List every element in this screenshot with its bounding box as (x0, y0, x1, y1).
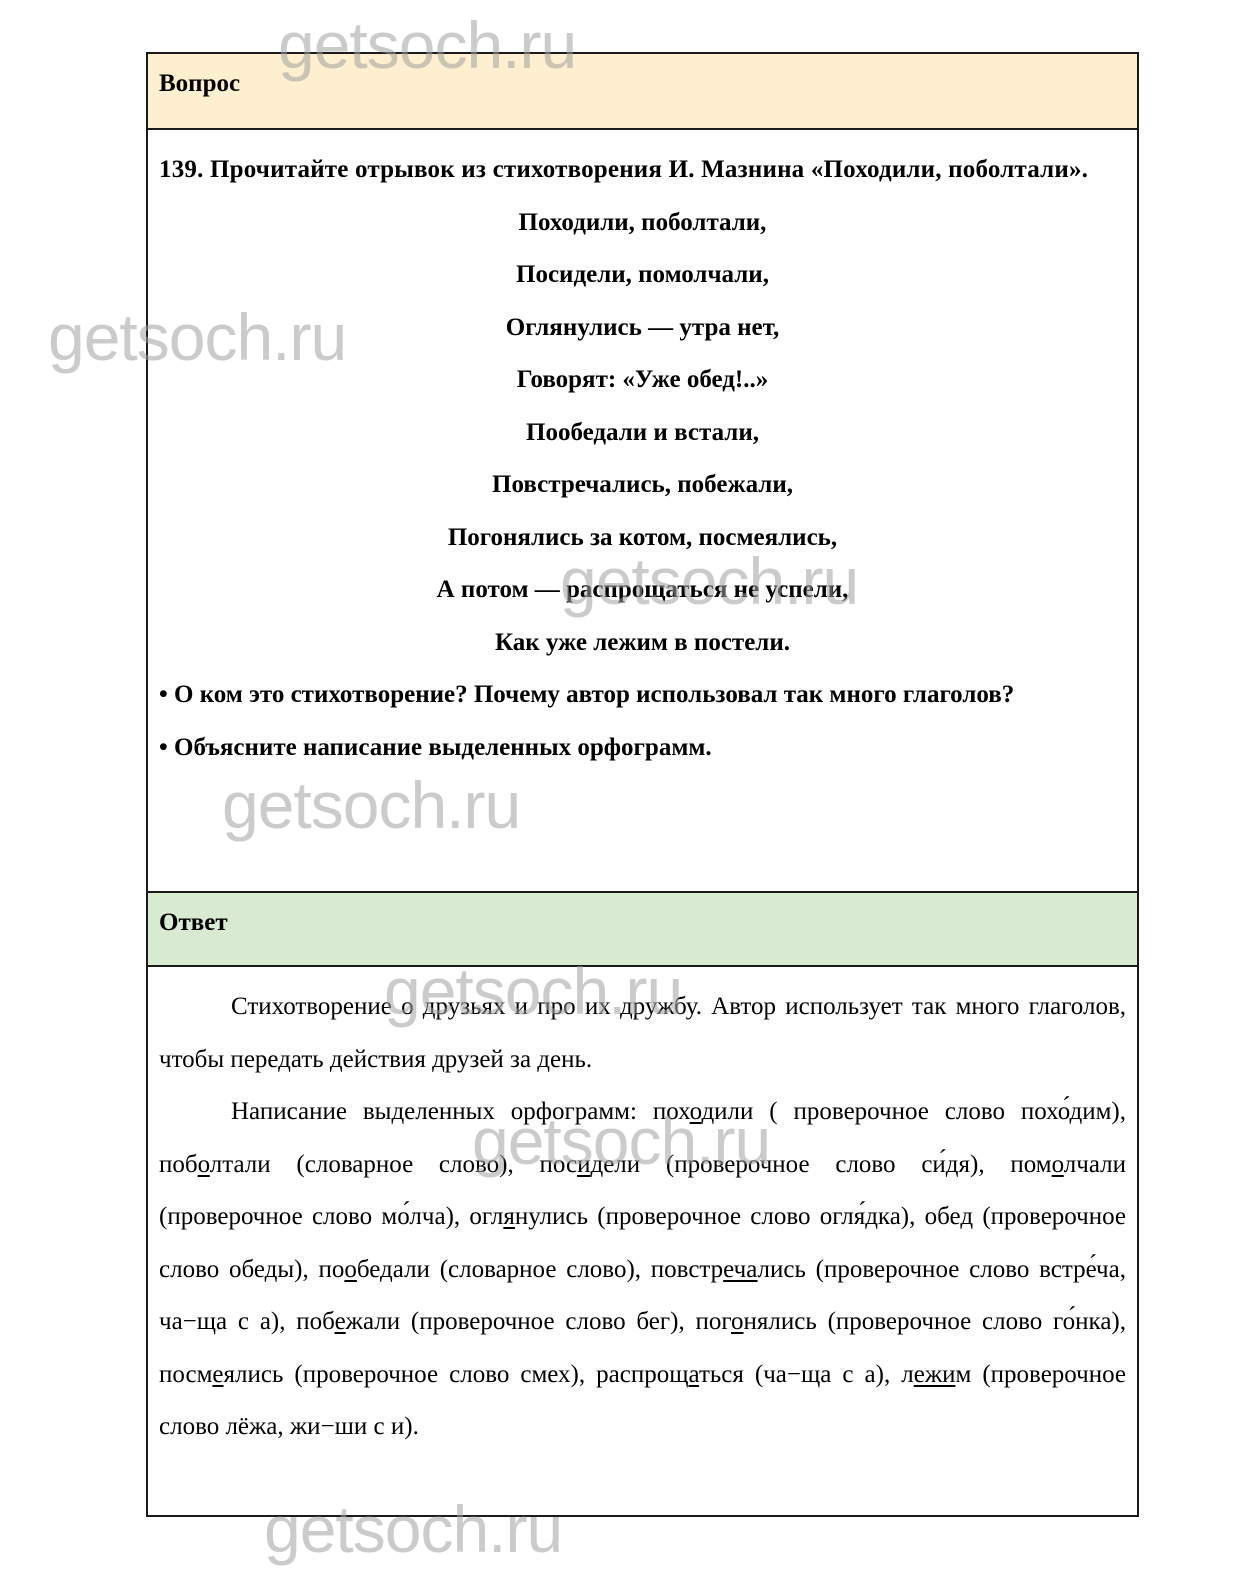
answer-header: Ответ (148, 891, 1137, 967)
highlighted-orthogram: д (960, 1203, 973, 1230)
answer-text: ялись (проверочное слово смех), распрощ (224, 1361, 689, 1388)
answer-body: Стихотворение о друзьях и про их дружбу.… (148, 967, 1137, 1515)
highlighted-orthogram: еча (723, 1256, 757, 1283)
answer-text: дели (проверочное слово си́дя), пом (590, 1151, 1051, 1178)
question-body: 139. Прочитайте отрывок из стихотворения… (148, 130, 1137, 891)
highlighted-orthogram: о (690, 1098, 702, 1125)
answer-paragraph-1: Стихотворение о друзьях и про их дружбу.… (159, 981, 1126, 1086)
highlighted-orthogram: и (577, 1151, 590, 1178)
task-2: • Объясните написание выделенных орфогра… (159, 722, 1126, 775)
highlighted-orthogram: а (689, 1361, 699, 1388)
answer-text: Написание выделенных орфограмм: пох (231, 1098, 690, 1125)
highlighted-orthogram: о (344, 1256, 357, 1283)
highlighted-orthogram: о (731, 1308, 744, 1335)
highlighted-orthogram: ежи (914, 1361, 956, 1388)
poem-line: Говорят: «Уже обед!..» (159, 354, 1126, 407)
highlighted-orthogram: о (198, 1151, 210, 1178)
poem-line: Пообедали и встали, (159, 407, 1126, 460)
poem-line: Посидели, помолчали, (159, 249, 1126, 302)
qa-table: Вопрос 139. Прочитайте отрывок из стихот… (146, 52, 1139, 1517)
answer-text: лтали (словарное слово), пос (210, 1151, 577, 1178)
highlighted-orthogram: я (503, 1203, 515, 1230)
poem-line: Оглянулись — утра нет, (159, 302, 1126, 355)
highlighted-orthogram: е (212, 1361, 223, 1388)
answer-paragraph-2: Написание выделенных орфограмм: походили… (159, 1086, 1126, 1454)
task-1: • О ком это стихотворение? Почему автор … (159, 669, 1126, 722)
answer-text: ться (ча−ща с а), л (699, 1361, 914, 1388)
poem-line: А потом — распрощаться не успели, (159, 564, 1126, 617)
question-header: Вопрос (148, 54, 1137, 130)
poem-line: Повстречались, побежали, (159, 459, 1126, 512)
highlighted-orthogram: о (1052, 1151, 1064, 1178)
poem-line: Как уже лежим в постели. (159, 617, 1126, 670)
poem-line: Походили, поболтали, (159, 197, 1126, 250)
question-intro: 139. Прочитайте отрывок из стихотворения… (159, 144, 1126, 197)
answer-text: нулись (проверочное слово огля́дка), обе (515, 1203, 960, 1230)
answer-text: бедали (словарное слово), повстр (357, 1256, 723, 1283)
answer-header-label: Ответ (159, 909, 228, 936)
question-header-label: Вопрос (159, 70, 240, 97)
poem: Походили, поболтали, Посидели, помолчали… (159, 197, 1126, 670)
answer-text: жали (проверочное слово бег), пог (346, 1308, 731, 1335)
poem-line: Погонялись за котом, посмеялись, (159, 512, 1126, 565)
highlighted-orthogram: е (335, 1308, 346, 1335)
